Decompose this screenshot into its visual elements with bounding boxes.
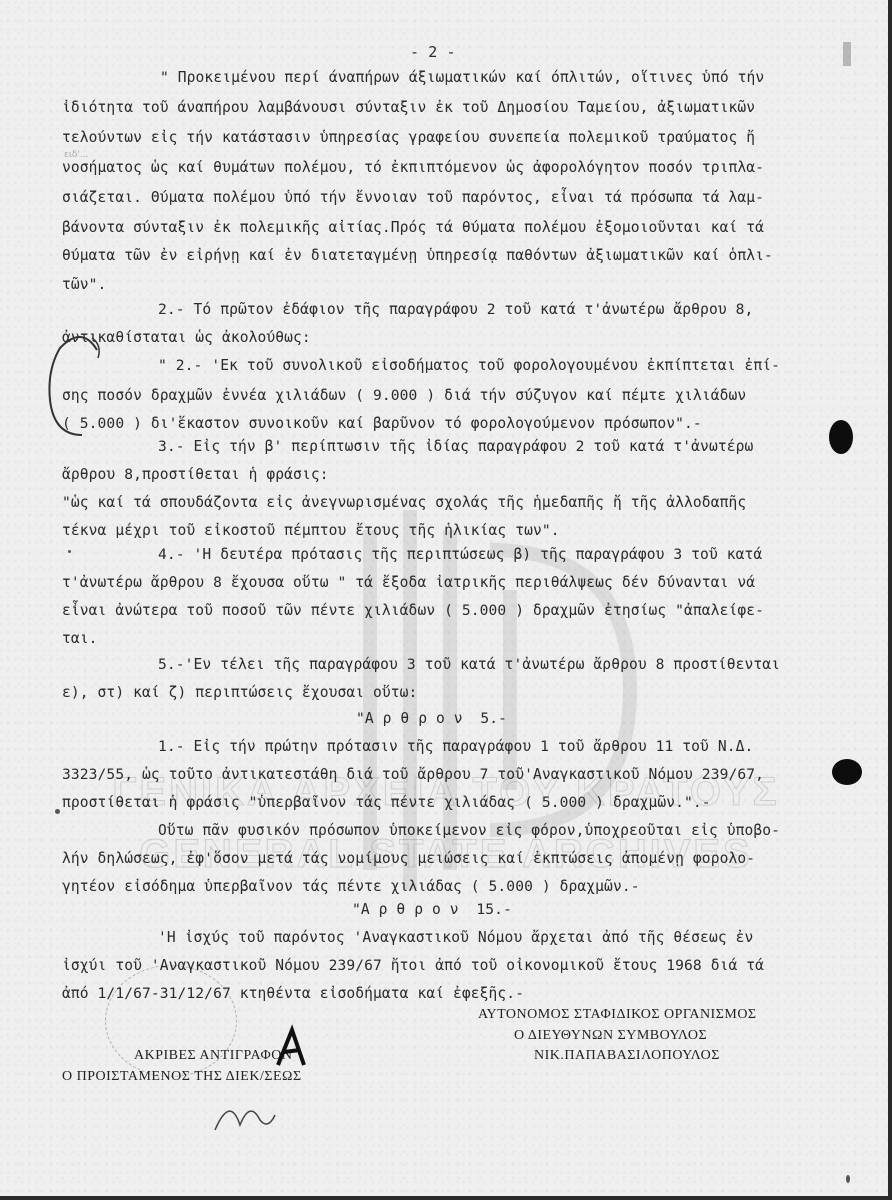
text-line: Οὕτω πᾶν φυσικόν πρόσωπον ὑποκείμενον εἰ…	[158, 821, 780, 841]
text-line: ἰδιότητα τοῦ άναπήρου λαμβάνουσι σύνταξι…	[62, 98, 755, 118]
article-heading: "Α ρ θ ρ ο ν 5.-	[356, 709, 507, 729]
text-line: εἶναι ἀνώτερα τοῦ ποσοῦ τῶν πέντε χιλιάδ…	[62, 601, 764, 621]
text-line: τέκνα μέχρι τοῦ εἰκοστοῦ πέμπτου ἔτους τ…	[62, 521, 560, 541]
text-line: τελούντων εἰς τήν κατάστασιν ὑπηρεσίας γ…	[62, 128, 755, 148]
signature-title: Ο ΔΙΕΥΘΥΝΩΝ ΣΥΜΒΟΥΛΟΣ	[514, 1027, 707, 1045]
text-line: "ὡς καί τά σπουδάζοντα εἰς ἀνεγνωρισμένα…	[62, 493, 746, 513]
text-line: γητέον εἰσόδημα ὑπερβαῖνον τάς πέντε χιλ…	[62, 877, 640, 897]
text-line: ται.	[62, 629, 98, 649]
text-line: λήν δηλώσεως, ἐφ'ὅσον μετά τάς νομίμους …	[62, 849, 755, 869]
text-line: 3.- Εἰς τήν β' περίπτωσιν τῆς ἰδίας παρα…	[158, 437, 753, 457]
text-line: ( 5.000 ) δι'ἕκαστον συνοικοῦν καί βαρῦν…	[62, 414, 702, 434]
ink-speck	[846, 1175, 850, 1183]
signature-org: ΑΥΤΟΝΟΜΟΣ ΣΤΑΦΙΔΙΚΟΣ ΟΡΓΑΝΙΣΜΟΣ	[478, 1006, 757, 1024]
signature-name: ΝΙΚ.ΠΑΠΑΒΑΣΙΛΟΠΟΥΛΟΣ	[534, 1047, 720, 1065]
document-page: ΓΕΝΙΚΑ ΑΡΧΕΙΑ ΤΟΥ ΚΡΑΤΟΥΣ GENERAL STATE …	[0, 0, 892, 1200]
text-line: σιάζεται. Θύματα πολέμου ὑπό τήν ἔννοιαν…	[62, 188, 764, 208]
text-line: 5.-'Εν τέλει τῆς παραγράφου 3 τοῦ κατά τ…	[158, 655, 780, 675]
text-line: προστίθεται ἡ φράσις "ὑπερβαῖνον τάς πέν…	[62, 793, 711, 813]
text-line: 'Η ἰσχύς τοῦ παρόντος 'Αναγκαστικοῦ Νόμο…	[158, 928, 753, 948]
text-line: νοσήματος ὡς καί θυμάτων πολέμου, τό ἐκπ…	[62, 158, 764, 178]
ink-blot	[829, 420, 853, 454]
text-line: ε), στ) καί ζ) περιπτώσεις ἔχουσαι οὕτω:	[62, 683, 417, 703]
text-line: τῶν".	[62, 275, 106, 295]
certifier-title: Ο ΠΡΟΙΣΤΑΜΕΝΟΣ ΤΗΣ ΔΙΕΚ/ΣΕΩΣ	[62, 1068, 302, 1086]
text-line: σης ποσόν δραχμῶν ἐννέα χιλιάδων ( 9.000…	[62, 386, 746, 406]
certified-copy-label: ΑΚΡΙΒΕΣ ΑΝΤΙΓΡΑΦΟΝ	[134, 1047, 292, 1065]
ink-speck	[55, 809, 60, 814]
text-line: 4.- 'Η δευτέρα πρότασις τῆς περιπτώσεως …	[158, 545, 762, 565]
ink-speck	[68, 550, 71, 553]
text-line: " Προκειμένου περί άναπήρων άξιωματικών …	[160, 68, 764, 88]
text-line: τ'ἀνωτέρω ἄρθρου 8 ἔχουσα οὕτω " τά ἔξοδ…	[62, 573, 755, 593]
text-line: 2.- Τό πρῶτον ἐδάφιον τῆς παραγράφου 2 τ…	[158, 300, 753, 320]
text-line: 3323/55, ὡς τοῦτο ἀντικατεστάθη διά τοῦ …	[62, 765, 764, 785]
text-line: 1.- Εἰς τήν πρώτην πρότασιν τῆς παραγράφ…	[158, 737, 753, 757]
handwritten-initial	[270, 1020, 320, 1070]
text-line: " 2.- 'Εκ τοῦ συνολικοῦ εἰσοδήματος τοῦ …	[158, 356, 780, 376]
text-line: θύματα τῶν ἐν εἰρήνῃ καί ἐν διατεταγμένῃ…	[62, 246, 773, 266]
page-number: - 2 -	[410, 42, 456, 62]
ink-blot	[832, 759, 862, 785]
text-line: ἄρθρου 8,προστίθεται ἡ φράσις:	[62, 465, 329, 485]
text-line: βάνοντα σύνταξιν ἐκ πολεμικῆς αἰτίας.Πρό…	[62, 218, 764, 238]
margin-bracket-mark	[22, 330, 112, 440]
article-heading: "Α ρ θ ρ ο ν 15.-	[352, 900, 512, 920]
edge-mark	[843, 42, 851, 66]
handwritten-signature	[210, 1090, 280, 1140]
